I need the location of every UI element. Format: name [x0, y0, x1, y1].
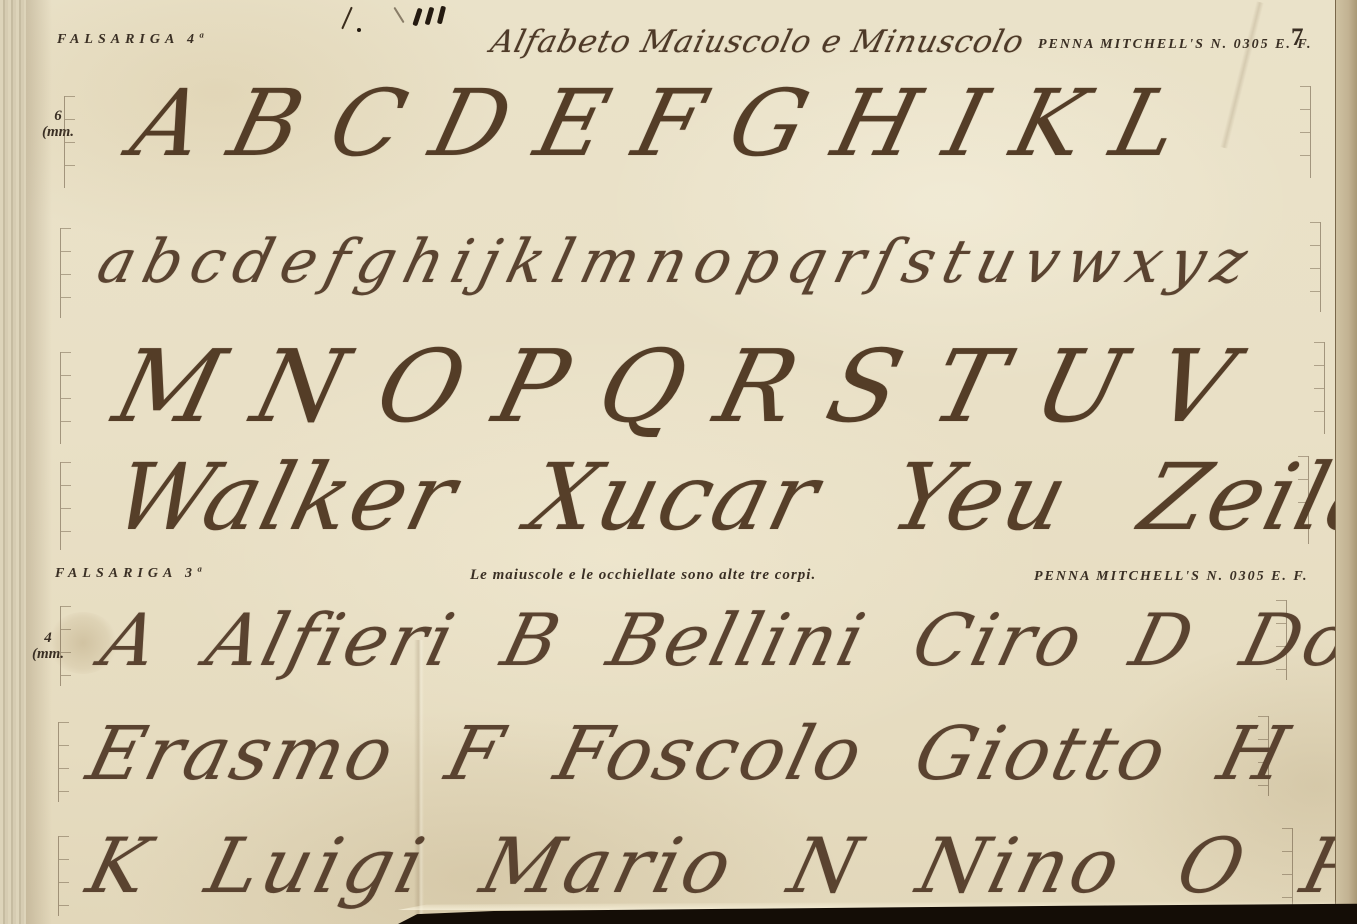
- script-row-lowercase-alphabet: abcdefghijklmnopqrſstuvwxyz: [88, 216, 1266, 308]
- guide-bracket-right: [1294, 86, 1311, 178]
- scanned-copybook-page: FALSARIGA 4ª Alfabeto Maiuscolo e Minusc…: [0, 0, 1357, 924]
- pen-spec-label-top: PENNA MITCHELL'S N. 0305 E. F.: [1038, 37, 1312, 53]
- script-row-sample-words-EFGHI: Erasmo F Foscolo Giotto H Italo: [78, 706, 1357, 802]
- guide-bracket-right: [1304, 222, 1321, 312]
- instruction-note: Le maiuscole e le occhiellate sono alte …: [470, 567, 816, 584]
- pen-spec-label-mid: PENNA MITCHELL'S N. 0305 E. F.: [1034, 569, 1308, 585]
- size-6mm-number: 6: [54, 108, 62, 124]
- script-row-capitals-A-L: ABCDEFGHIKL: [122, 72, 1220, 176]
- guide-bracket-left: [60, 606, 77, 686]
- guide-bracket-left: [58, 722, 75, 802]
- binding-edge: [0, 0, 26, 924]
- page-number: 7: [1291, 24, 1304, 52]
- guide-bracket-left: [60, 462, 77, 550]
- script-row-sample-words-KLMNO: K Luigi Mario N Nino O Perio: [78, 818, 1357, 914]
- falsariga-3-label: FALSARIGA 3ª: [55, 566, 206, 582]
- falsariga-4-label: FALSARIGA 4ª: [57, 32, 208, 48]
- guide-bracket-left: [64, 96, 81, 188]
- page-title-script: Alfabeto Maiuscolo e Minuscolo: [487, 24, 1028, 60]
- ink-smudge-mark: [357, 28, 361, 32]
- script-row-sample-words-ABCD: A Alfieri B Bellini Ciro D Dori: [92, 592, 1357, 688]
- guide-bracket-right: [1308, 342, 1325, 434]
- guide-bracket-left: [60, 228, 77, 318]
- guide-bracket-left: [60, 352, 77, 444]
- script-row-sample-words-WXYZ: Walker Xucar Yeu Zeila: [104, 444, 1357, 552]
- guide-bracket-left: [58, 836, 75, 916]
- page-right-edge: [1335, 0, 1357, 924]
- script-row-capitals-M-V: MNOPQRSTUV: [104, 330, 1281, 444]
- size-4mm-number: 4: [44, 630, 52, 646]
